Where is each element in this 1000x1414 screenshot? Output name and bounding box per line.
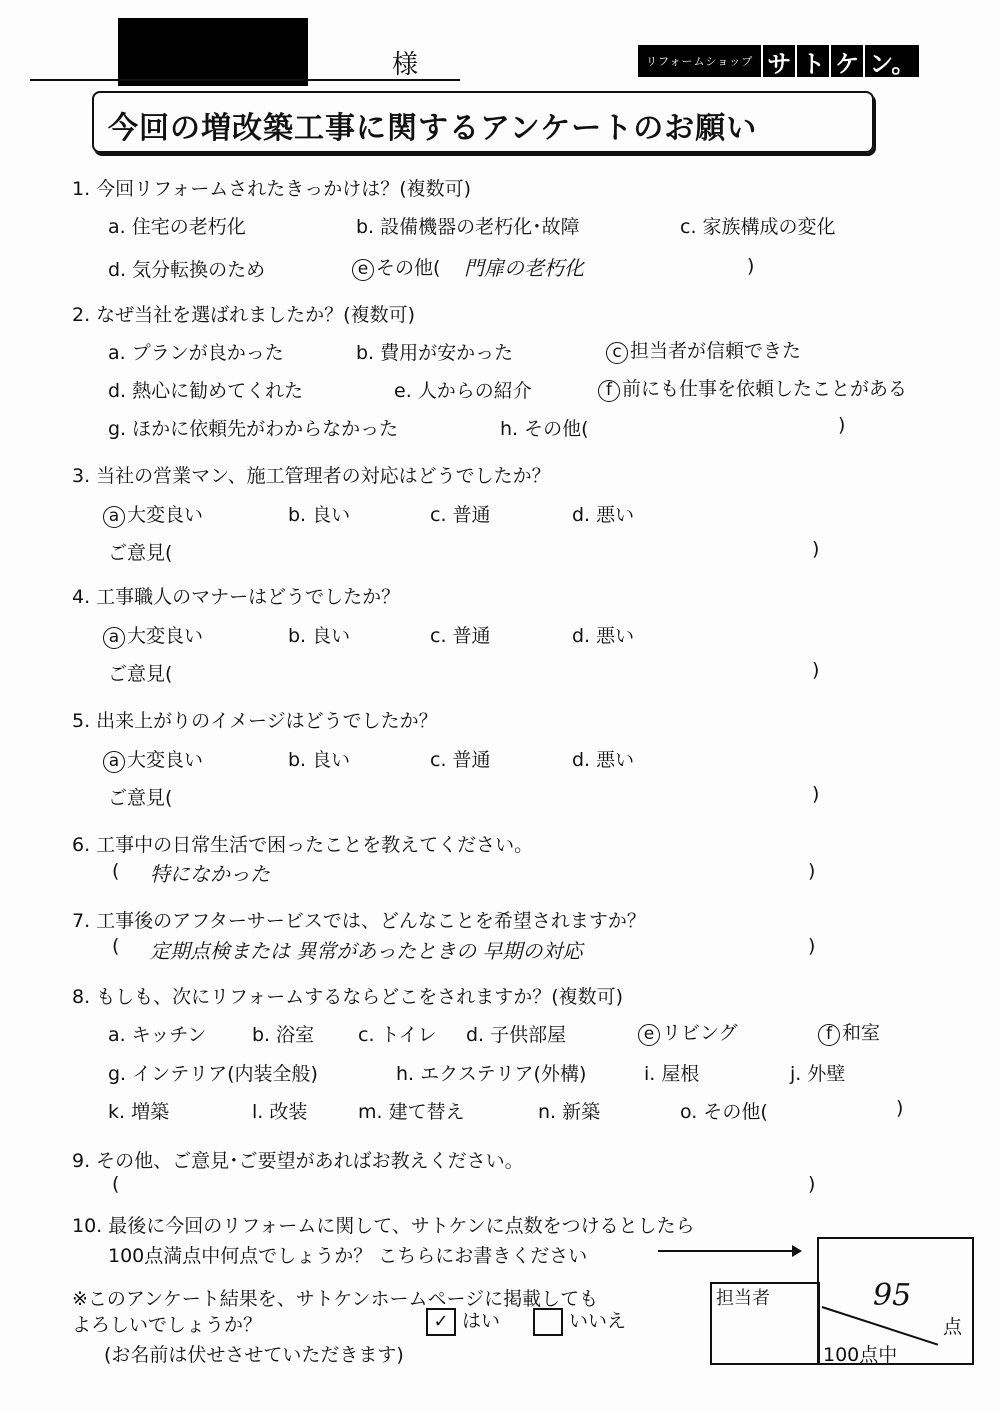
question-4: 4. 工事職人のマナーはどうでしたか？ <box>72 582 400 609</box>
q2-option-b[interactable]: b. 費用が安かった <box>356 338 513 365</box>
q8-option-f[interactable]: f和室 <box>818 1018 880 1046</box>
q5-comment-label[interactable]: ご意見( <box>108 783 172 810</box>
q1-option-e[interactable]: eその他( <box>352 253 440 281</box>
selected-circle-icon: e <box>638 1024 660 1046</box>
redacted-customer-name <box>118 18 308 86</box>
score-value[interactable]: 95 <box>873 1278 911 1313</box>
q8-option-m[interactable]: m. 建て替え <box>358 1097 465 1124</box>
close-paren: ) <box>896 1097 903 1119</box>
option-text: リビング <box>662 1022 738 1044</box>
option-text: 普通 <box>453 504 491 526</box>
q8-option-e[interactable]: eリビング <box>638 1018 738 1046</box>
q3-comment-label[interactable]: ご意見( <box>108 538 172 565</box>
q2-option-d[interactable]: d. 熱心に勧めてくれた <box>108 376 303 403</box>
yes-label: はい <box>462 1310 500 1332</box>
option-text: 家族構成の変化 <box>703 216 836 238</box>
q5-option-a[interactable]: a大変良い <box>103 745 203 773</box>
option-text: 良い <box>312 504 350 526</box>
q2-option-e[interactable]: e. 人からの紹介 <box>394 376 532 403</box>
option-text: キッチン <box>132 1024 207 1046</box>
consent-no[interactable]: いいえ <box>533 1306 626 1336</box>
score-max-label: 100点中 <box>823 1340 897 1367</box>
option-text: エクステリア(外構) <box>420 1063 586 1085</box>
q8-option-k[interactable]: k. 増築 <box>108 1097 169 1124</box>
option-text: 熱心に勧めてくれた <box>132 380 303 402</box>
q2-option-h[interactable]: h. その他( <box>500 414 589 441</box>
q6-answer-written[interactable]: 特になかった <box>150 858 270 887</box>
selected-circle-icon: a <box>103 506 125 528</box>
question-10-line2: 100点満点中何点でしょうか？ こちらにお書きください <box>108 1241 587 1268</box>
q8-option-l[interactable]: l. 改装 <box>252 1097 307 1124</box>
option-text: 和室 <box>842 1022 880 1044</box>
staff-label: 担当者 <box>716 1284 770 1310</box>
open-paren: ( <box>112 1173 119 1195</box>
option-text: 悪い <box>596 625 634 647</box>
logo-subtitle: リフォームショップ <box>638 45 761 77</box>
option-text: その他( <box>376 257 440 279</box>
open-paren: ( <box>112 935 119 957</box>
selected-circle-icon: f <box>818 1024 840 1046</box>
q8-option-g[interactable]: g. インテリア(内装全般) <box>108 1059 318 1086</box>
question-8: 8. もしも、次にリフォームするならどこをされますか？(複数可) <box>72 982 623 1009</box>
question-1: 1. 今回リフォームされたきっかけは？(複数可) <box>72 174 471 201</box>
q7-answer-written[interactable]: 定期点検または 異常があったときの 早期の対応 <box>150 935 583 964</box>
checkbox-no[interactable] <box>533 1308 563 1336</box>
close-paren: ) <box>838 414 845 436</box>
option-text: 屋根 <box>661 1063 699 1085</box>
q4-comment-label[interactable]: ご意見( <box>108 659 172 686</box>
q4-option-d[interactable]: d. 悪い <box>572 621 634 648</box>
question-2: 2. なぜ当社を選ばれましたか？(複数可) <box>72 300 415 327</box>
q5-option-c[interactable]: c. 普通 <box>430 745 491 772</box>
q4-option-b[interactable]: b. 良い <box>288 621 350 648</box>
q2-option-g[interactable]: g. ほかに依頼先がわからなかった <box>108 414 398 441</box>
option-text: 大変良い <box>127 749 203 771</box>
q2-option-a[interactable]: a. プランが良かった <box>108 338 284 365</box>
close-paren: ) <box>812 659 819 681</box>
logo-char: ト <box>797 45 829 77</box>
q2-option-c[interactable]: c担当者が信頼できた <box>606 336 801 364</box>
option-text: 大変良い <box>127 625 203 647</box>
q2-option-f[interactable]: f前にも仕事を依頼したことがある <box>598 374 907 402</box>
q3-option-a[interactable]: a大変良い <box>103 500 203 528</box>
option-text: 悪い <box>596 749 634 771</box>
option-text: 悪い <box>596 504 634 526</box>
honorific: 様 <box>392 44 418 81</box>
checkbox-yes[interactable]: ✓ <box>426 1308 456 1336</box>
q1-other-written[interactable]: 門扉の老朽化 <box>464 252 584 281</box>
question-5: 5. 出来上がりのイメージはどうでしたか？ <box>72 706 438 733</box>
option-text: 担当者が信頼できた <box>630 340 801 362</box>
selected-circle-icon: c <box>606 342 628 364</box>
q8-option-d[interactable]: d. 子供部屋 <box>466 1020 566 1047</box>
q4-option-c[interactable]: c. 普通 <box>430 621 491 648</box>
q8-option-h[interactable]: h. エクステリア(外構) <box>396 1059 586 1086</box>
logo-char: サ <box>763 45 795 77</box>
consent-note: (お名前は伏せさせていただきます) <box>104 1340 404 1367</box>
option-text: その他( <box>524 418 588 440</box>
q8-option-a[interactable]: a. キッチン <box>108 1020 206 1047</box>
option-text: 外壁 <box>807 1063 845 1085</box>
option-text: 建て替え <box>389 1101 465 1123</box>
question-9: 9. その他、ご意見･ご要望があればお教えください。 <box>72 1146 524 1173</box>
arrow-right-icon <box>658 1250 796 1252</box>
option-text: 普通 <box>453 625 491 647</box>
q5-option-d[interactable]: d. 悪い <box>572 745 634 772</box>
option-text: 子供部屋 <box>490 1024 566 1046</box>
q1-option-c[interactable]: c. 家族構成の変化 <box>680 212 836 239</box>
selected-circle-icon: a <box>103 627 125 649</box>
close-paren: ) <box>812 538 819 560</box>
option-text: 気分転換のため <box>132 259 265 281</box>
selected-circle-icon: f <box>598 380 620 402</box>
question-6: 6. 工事中の日常生活で困ったことを教えてください。 <box>72 830 533 857</box>
close-paren: ) <box>808 935 815 957</box>
option-text: 大変良い <box>127 504 203 526</box>
page-title: 今回の増改築工事に関するアンケートのお願い <box>108 103 757 147</box>
selected-circle-icon: a <box>103 751 125 773</box>
q8-option-c[interactable]: c. トイレ <box>358 1020 437 1047</box>
option-text: 新築 <box>562 1101 600 1123</box>
option-text: 増築 <box>131 1101 169 1123</box>
open-paren: ( <box>112 860 119 882</box>
close-paren: ) <box>808 1173 815 1195</box>
logo-char: ン。 <box>865 45 919 77</box>
close-paren: ) <box>812 783 819 805</box>
q4-option-a[interactable]: a大変良い <box>103 621 203 649</box>
q8-option-b[interactable]: b. 浴室 <box>252 1020 314 1047</box>
q8-option-j[interactable]: j. 外壁 <box>790 1059 845 1086</box>
option-text: その他( <box>703 1101 767 1123</box>
q3-option-b[interactable]: b. 良い <box>288 500 350 527</box>
q5-option-b[interactable]: b. 良い <box>288 745 350 772</box>
consent-line2: よろしいでしょうか？ <box>72 1310 262 1337</box>
option-text: トイレ <box>381 1024 437 1046</box>
q8-option-o[interactable]: o. その他( <box>680 1097 768 1124</box>
logo-char: ケ <box>831 45 863 77</box>
consent-line1: ※このアンケート結果を、サトケンホームページに掲載しても <box>72 1284 598 1311</box>
option-text: 設備機器の老朽化･故障 <box>380 216 580 238</box>
selected-circle-icon: e <box>352 259 374 281</box>
option-text: 良い <box>312 749 350 771</box>
q3-option-c[interactable]: c. 普通 <box>430 500 491 527</box>
option-text: 費用が安かった <box>380 342 513 364</box>
option-text: 良い <box>312 625 350 647</box>
option-text: 普通 <box>453 749 491 771</box>
option-text: 改装 <box>269 1101 307 1123</box>
company-logo: リフォームショップ サ ト ケ ン。 <box>638 45 919 77</box>
option-text: 前にも仕事を依頼したことがある <box>622 378 907 400</box>
q1-option-a[interactable]: a. 住宅の老朽化 <box>108 212 246 239</box>
q8-option-n[interactable]: n. 新築 <box>538 1097 600 1124</box>
option-text: インテリア(内装全般) <box>132 1063 318 1085</box>
question-3: 3. 当社の営業マン、施工管理者の対応はどうでしたか？ <box>72 461 551 488</box>
q3-option-d[interactable]: d. 悪い <box>572 500 634 527</box>
option-text: 人からの紹介 <box>418 380 532 402</box>
consent-yes[interactable]: ✓ はい <box>426 1306 500 1336</box>
q1-option-b[interactable]: b. 設備機器の老朽化･故障 <box>356 212 580 239</box>
question-10: 10. 最後に今回のリフォームに関して、サトケンに点数をつけるとしたら <box>72 1211 695 1238</box>
score-unit: 点 <box>943 1312 962 1339</box>
q8-option-i[interactable]: i. 屋根 <box>644 1059 699 1086</box>
option-text: プランが良かった <box>132 342 284 364</box>
q1-option-d[interactable]: d. 気分転換のため <box>108 255 265 282</box>
close-paren: ) <box>747 255 754 277</box>
no-label: いいえ <box>569 1310 626 1332</box>
option-text: ほかに依頼先がわからなかった <box>132 418 398 440</box>
option-text: 住宅の老朽化 <box>132 216 246 238</box>
option-text: 浴室 <box>276 1024 314 1046</box>
question-7: 7. 工事後のアフターサービスでは、どんなことを希望されますか？ <box>72 906 646 933</box>
close-paren: ) <box>808 860 815 882</box>
